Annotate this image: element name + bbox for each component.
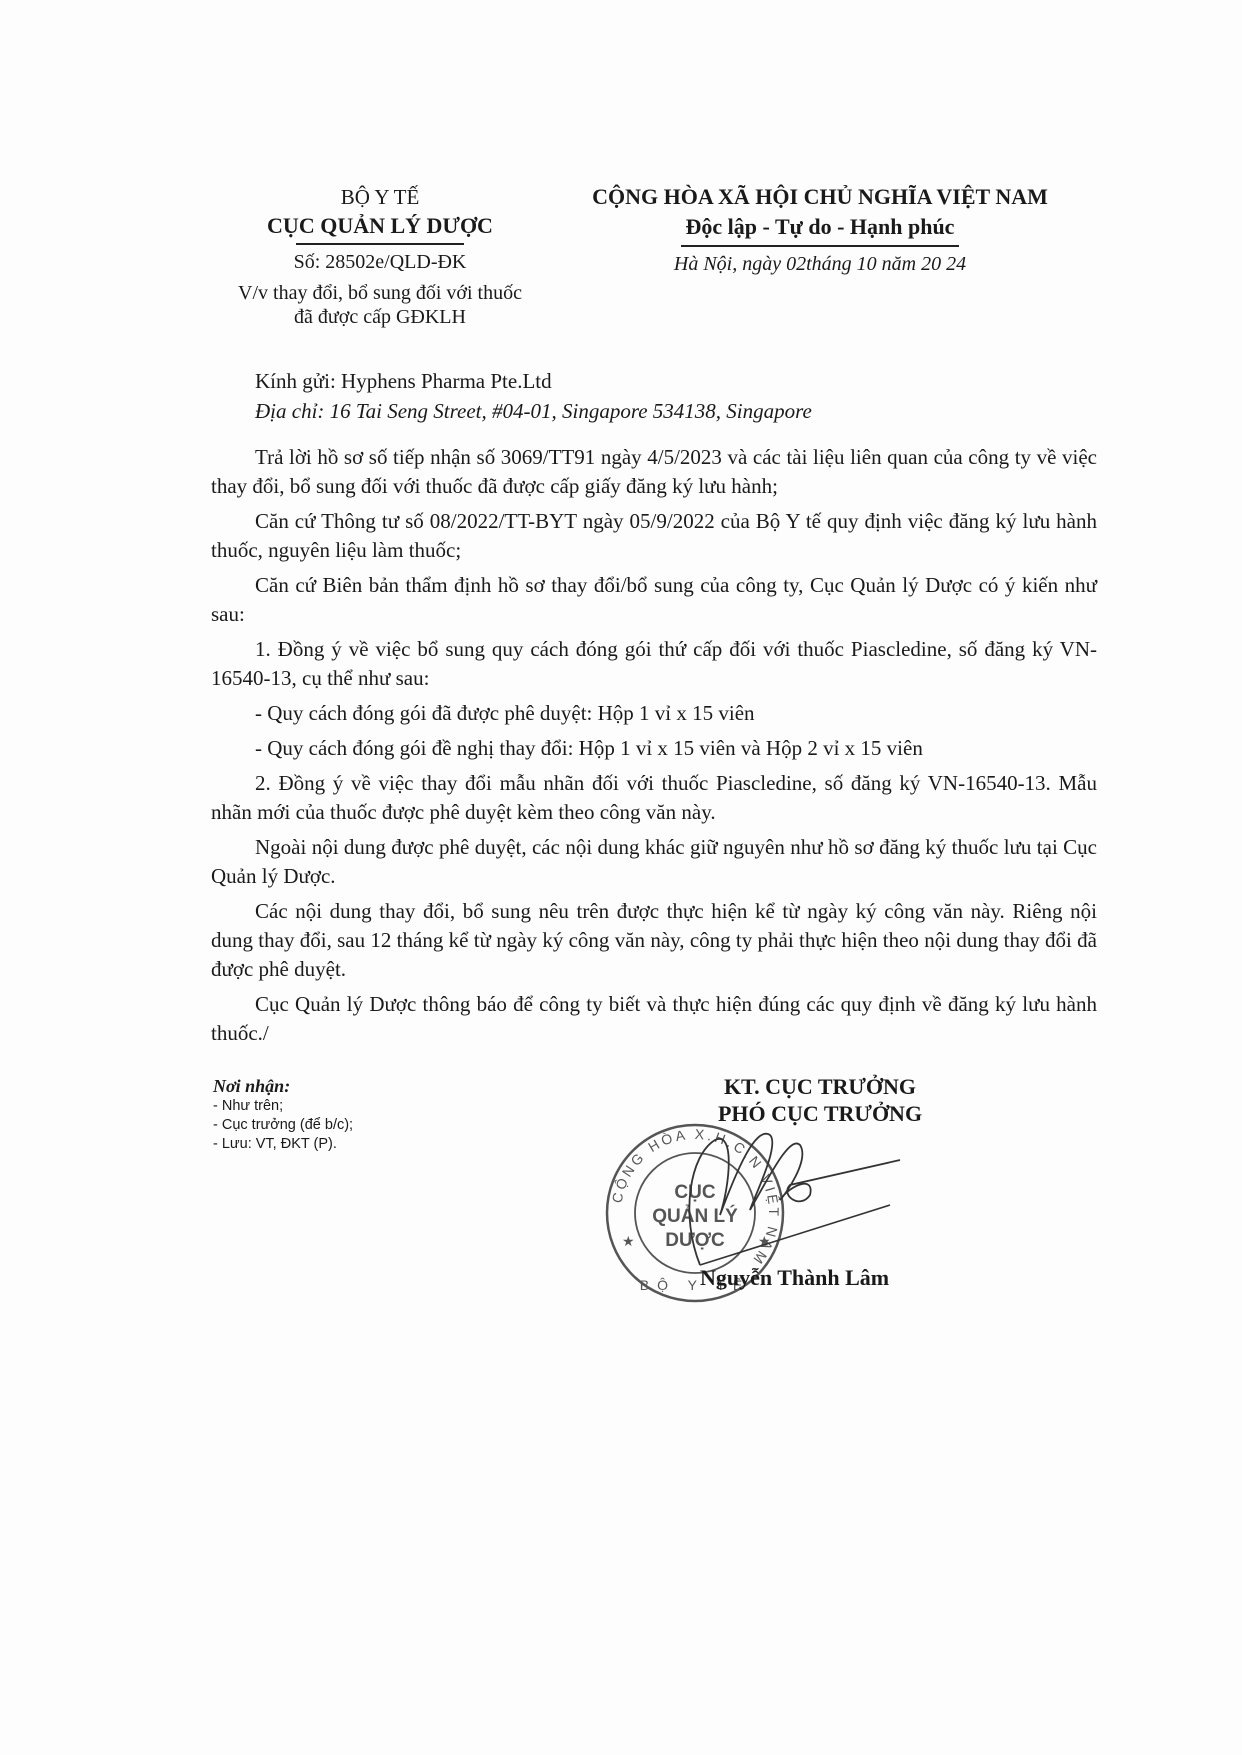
body-paragraph: Trả lời hồ sơ số tiếp nhận số 3069/TT91 … <box>211 443 1097 501</box>
distribution-list: Nơi nhận: - Như trên; - Cục trưởng (để b… <box>213 1075 353 1154</box>
distribution-item: - Lưu: VT, ĐKT (P). <box>213 1135 353 1154</box>
divider <box>296 243 464 245</box>
body-paragraph: Cục Quản lý Dược thông báo để công ty bi… <box>211 990 1097 1048</box>
national-header: CỘNG HÒA XÃ HỘI CHỦ NGHĨA VIỆT NAM Độc l… <box>560 183 1080 277</box>
distribution-item: - Cục trưởng (để b/c); <box>213 1116 353 1135</box>
body-paragraph: Các nội dung thay đổi, bổ sung nêu trên … <box>211 897 1097 984</box>
country-name: CỘNG HÒA XÃ HỘI CHỦ NGHĨA VIỆT NAM <box>560 183 1080 211</box>
body-list-item: - Quy cách đóng gói đề nghị thay đổi: Hộ… <box>211 734 1097 763</box>
body-paragraph: 2. Đồng ý về việc thay đổi mẫu nhãn đối … <box>211 769 1097 827</box>
subject-line: đã được cấp GĐKLH <box>190 305 570 329</box>
recipient-block: Kính gửi: Hyphens Pharma Pte.Ltd Địa chỉ… <box>255 366 812 426</box>
place-date: Hà Nội, ngày 02tháng 10 năm 20 24 <box>560 251 1080 277</box>
national-motto: Độc lập - Tự do - Hạnh phúc <box>560 211 1080 243</box>
subject-line: V/v thay đổi, bổ sung đối với thuốc <box>190 281 570 305</box>
signer-name: Nguyễn Thành Lâm <box>700 1265 889 1291</box>
letter-body: Trả lời hồ sơ số tiếp nhận số 3069/TT91 … <box>211 443 1097 1054</box>
recipient-name: Kính gửi: Hyphens Pharma Pte.Ltd <box>255 366 812 396</box>
body-list-item: - Quy cách đóng gói đã được phê duyệt: H… <box>211 699 1097 728</box>
signer-title: KT. CỤC TRƯỞNG <box>660 1073 980 1100</box>
body-paragraph: Căn cứ Biên bản thẩm định hồ sơ thay đổi… <box>211 571 1097 629</box>
document-number: Số: 28502e/QLD-ĐK <box>190 249 570 275</box>
divider <box>681 245 959 247</box>
distribution-item: - Như trên; <box>213 1097 353 1116</box>
svg-text:★: ★ <box>622 1235 635 1250</box>
distribution-title: Nơi nhận: <box>213 1075 353 1097</box>
body-paragraph: 1. Đồng ý về việc bổ sung quy cách đóng … <box>211 635 1097 693</box>
body-paragraph: Căn cứ Thông tư số 08/2022/TT-BYT ngày 0… <box>211 507 1097 565</box>
issuer-header: BỘ Y TẾ CỤC QUẢN LÝ DƯỢC Số: 28502e/QLD-… <box>190 183 570 329</box>
signature-icon <box>640 1115 930 1280</box>
department-name: CỤC QUẢN LÝ DƯỢC <box>190 211 570 241</box>
ministry-name: BỘ Y TẾ <box>190 183 570 211</box>
recipient-address: Địa chỉ: 16 Tai Seng Street, #04-01, Sin… <box>255 396 812 426</box>
body-paragraph: Ngoài nội dung được phê duyệt, các nội d… <box>211 833 1097 891</box>
